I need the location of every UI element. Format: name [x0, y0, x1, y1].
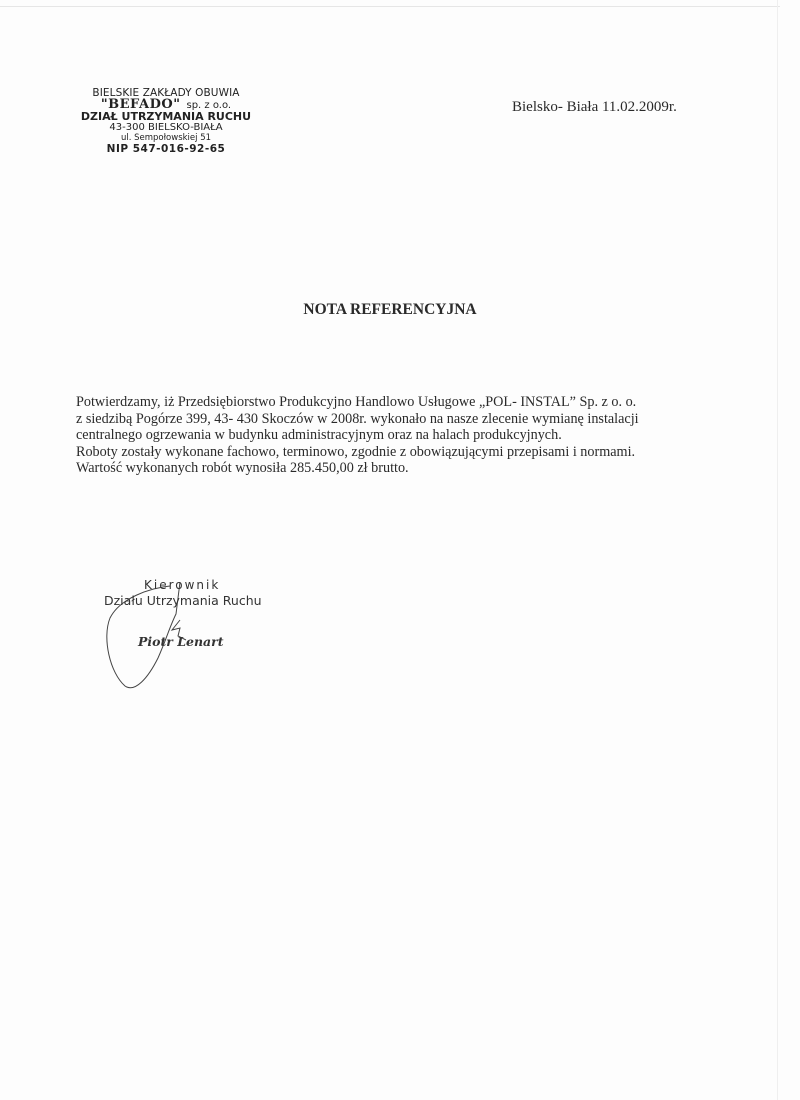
document-date: Bielsko- Biała 11.02.2009r.: [512, 99, 677, 116]
signatory-department: Działu Utrzymania Ruchu: [104, 593, 262, 608]
body-line: Wartość wykonanych robót wynosiła 285.45…: [76, 460, 756, 477]
company-stamp: BIELSKIE ZAKŁADY OBUWIA "BEFADO"sp. z o.…: [76, 88, 256, 155]
stamp-nip: NIP 547-016-92-65: [76, 144, 256, 155]
stamp-postal-city: 43-300 BIELSKO-BIAŁA: [76, 122, 256, 133]
document-title: NOTA REFERENCYJNA: [0, 301, 780, 319]
page-edge-top: [0, 6, 780, 7]
signatory-name: Piotr Lenart: [138, 634, 224, 649]
signatory-role: Kierownik: [144, 578, 220, 592]
document-body: Potwierdzamy, iż Przedsiębiorstwo Produk…: [76, 394, 756, 477]
body-line: centralnego ogrzewania w budynku adminis…: [76, 427, 756, 444]
body-line: z siedzibą Pogórze 399, 43- 430 Skoczów …: [76, 411, 756, 428]
stamp-department: DZIAŁ UTRZYMANIA RUCHU: [76, 111, 256, 122]
page-edge-right: [777, 0, 778, 1100]
body-line: Roboty zostały wykonane fachowo, termino…: [76, 444, 756, 461]
body-line: Potwierdzamy, iż Przedsiębiorstwo Produk…: [76, 394, 756, 411]
